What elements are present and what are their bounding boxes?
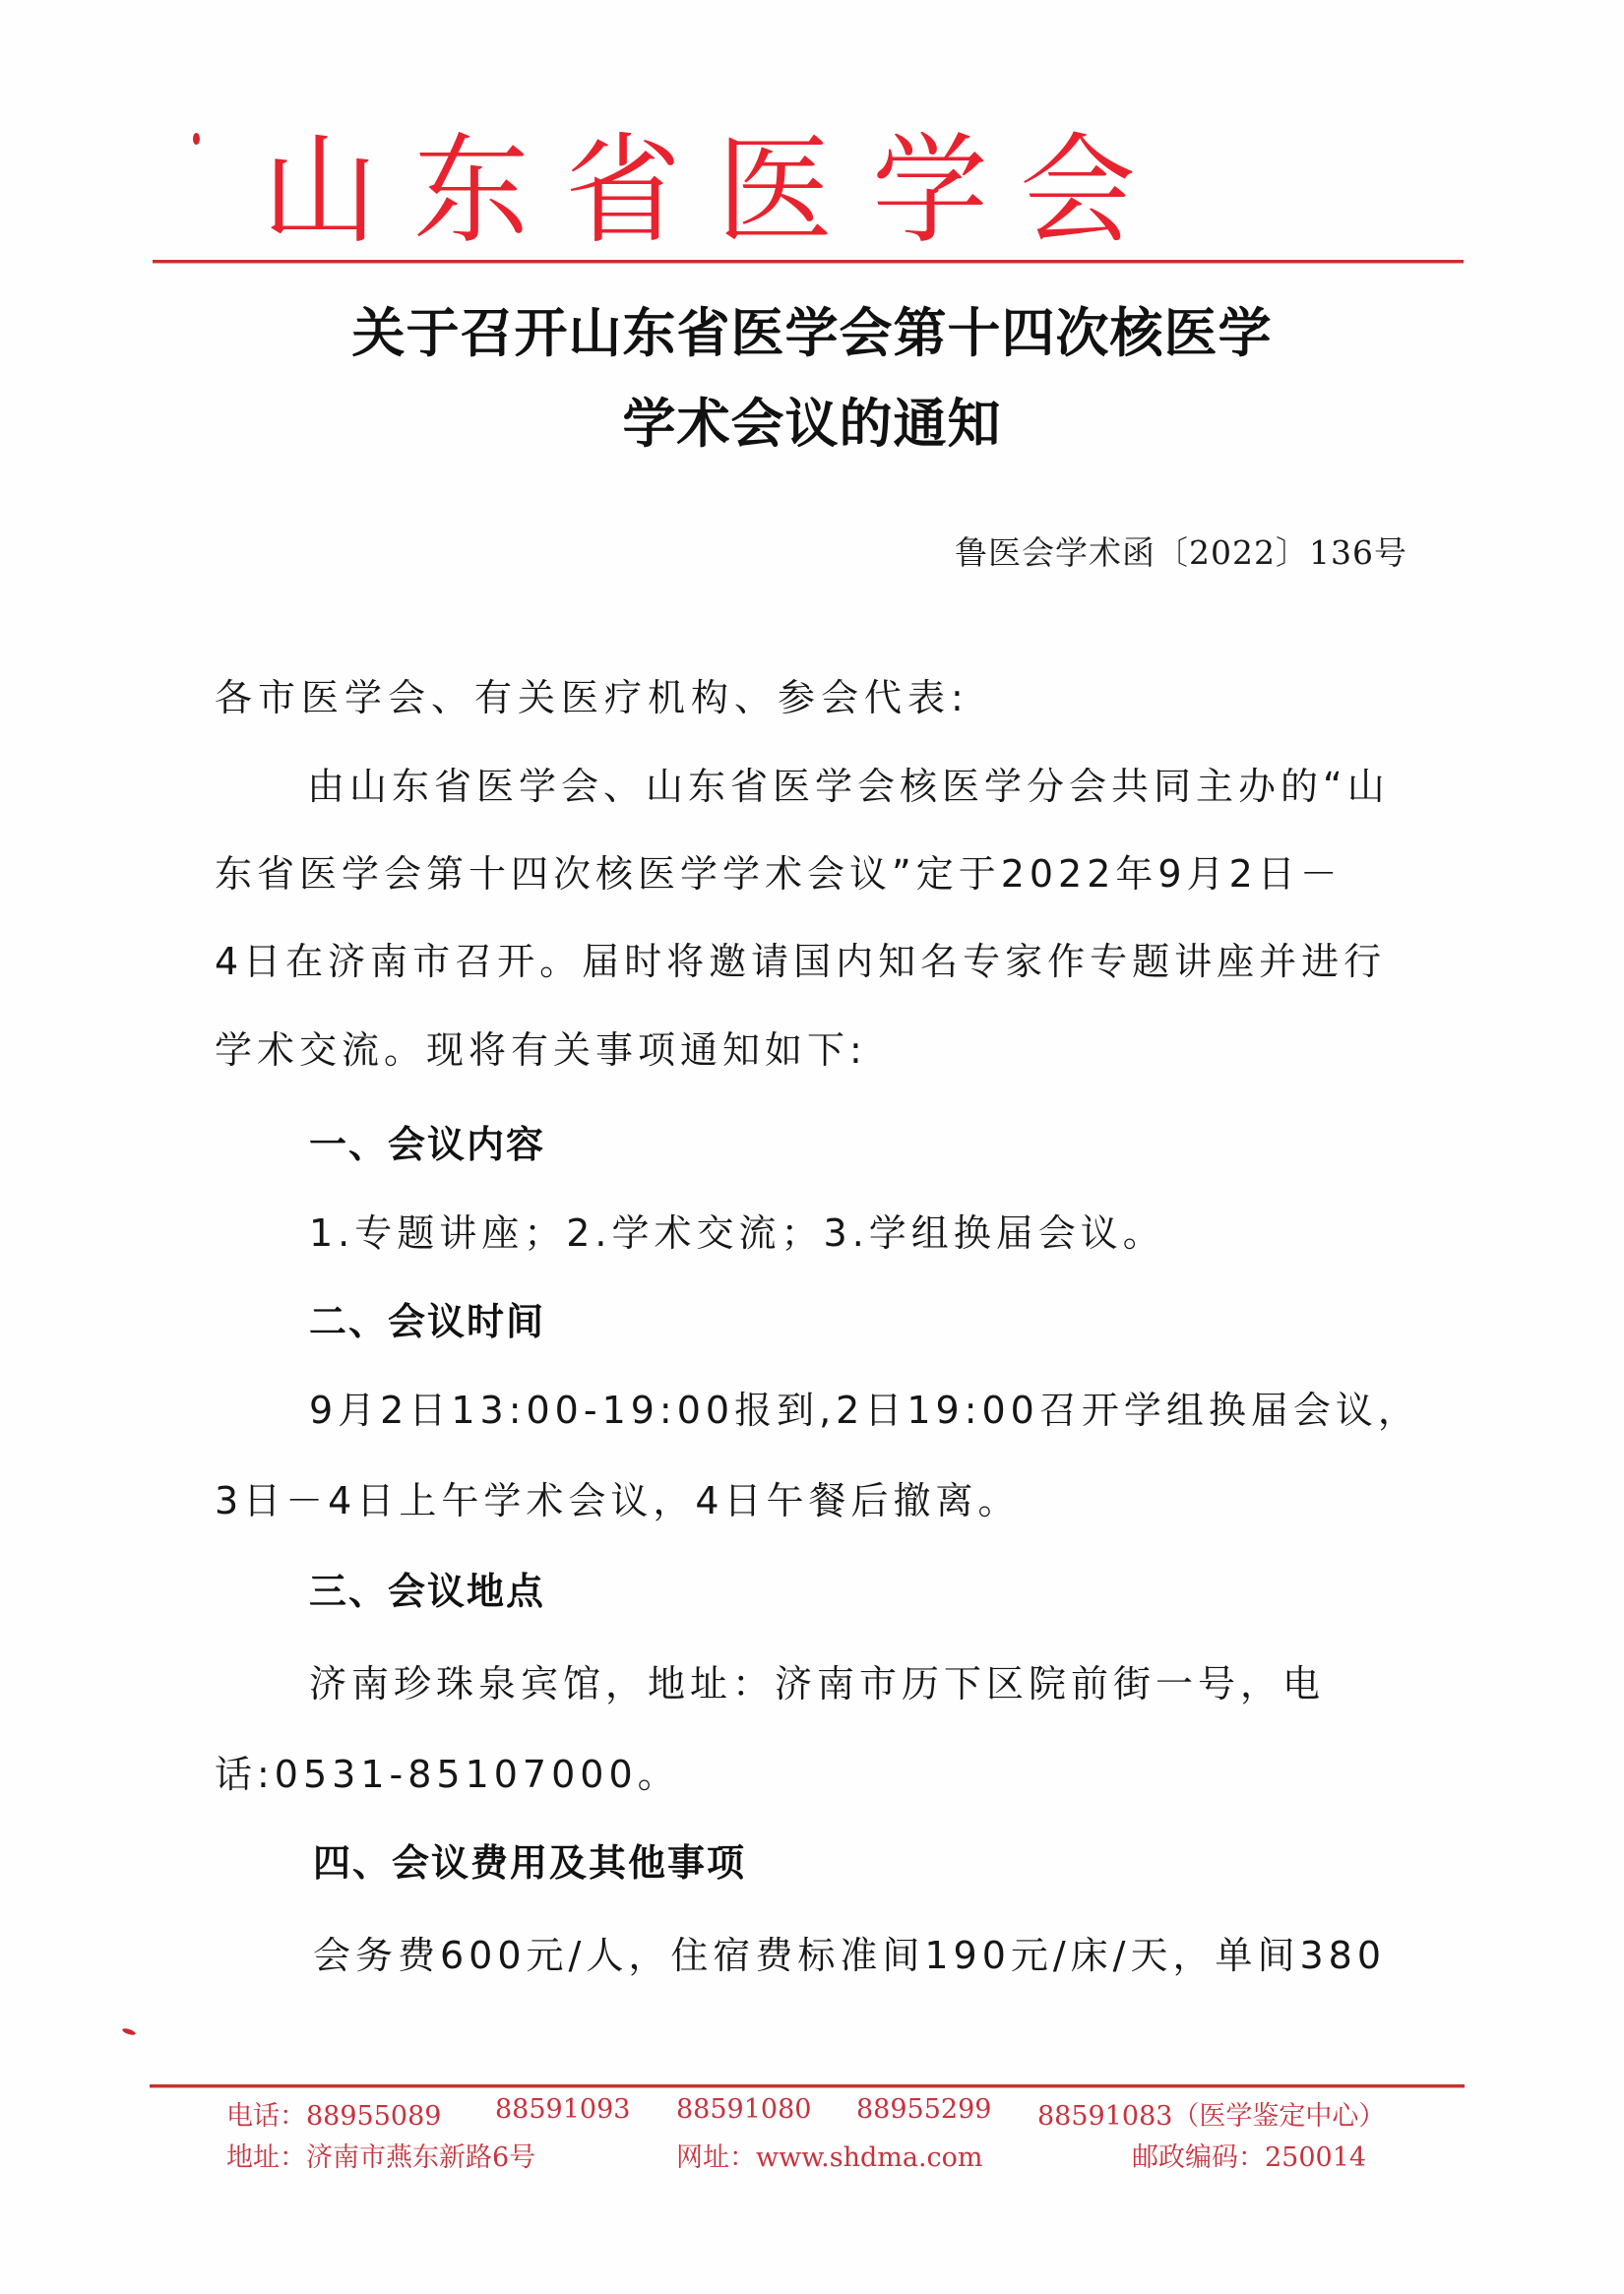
masthead-char: 山 [256,125,384,256]
footer-phone: 88591083（医学鉴定中心） [1037,2094,1385,2133]
footer-phone: 88955299 [856,2094,991,2125]
document-page: 山 东 省 医 学 会 关于召开山东省医学会第十四次核医学 学术会议的通知 鲁医… [0,0,1624,2294]
masthead-char: 医 [711,125,839,256]
footer-phone-label: 电话： [226,2101,306,2132]
footer-postcode-row: 邮政编码：250014 [1132,2136,1366,2174]
document-number: 鲁医会学术函〔2022〕136号 [955,527,1407,574]
footer-phone-row: 电话：88955089 [226,2094,441,2133]
footer-website-label: 网址： [676,2142,756,2173]
masthead-char: 东 [407,125,535,256]
footer-website-row: 网址：www.shdma.com [676,2136,983,2174]
intro-line: 东省医学会第十四次核医学学术会议”定于2022年9月2日－ [215,843,1343,898]
ink-speck [122,2027,137,2036]
footer-address: 济南市燕东新路6号 [306,2142,535,2173]
footer-website-link[interactable]: www.shdma.com [756,2142,983,2173]
footer-phone: 88591093 [495,2094,630,2125]
document-title-line-2: 学术会议的通知 [0,382,1624,458]
masthead-char: 会 [1014,125,1142,256]
section-line: 1.专题讲座；2.学术交流；3.学组换届会议。 [309,1203,1165,1257]
section-line: 3日－4日上午学术会议，4日午餐后撤离。 [215,1470,1021,1524]
section-heading-content: 一、会议内容 [309,1114,545,1168]
masthead-char: 省 [559,125,687,256]
document-title-line-1: 关于召开山东省医学会第十四次核医学 [0,291,1624,367]
masthead: 山 东 省 医 学 会 [0,126,1624,254]
footer-address-row: 地址：济南市燕东新路6号 [226,2136,535,2174]
footer-postcode-label: 邮政编码： [1132,2142,1265,2173]
footer-postcode: 250014 [1265,2142,1366,2173]
salutation: 各市医学会、有关医疗机构、参会代表: [215,667,969,721]
footer-phone: 88591080 [676,2094,811,2125]
intro-line: 4日在济南市召开。届时将邀请国内知名专家作专题讲座并进行 [215,931,1386,985]
header-divider [153,260,1464,263]
section-line: 9月2日13:00-19:00报到,2日19:00召开学组换届会议， [309,1380,1420,1434]
section-line: 济南珍珠泉宾馆，地址：济南市历下区院前街一号，电 [309,1653,1325,1707]
intro-line: 学术交流。现将有关事项通知如下: [215,1020,867,1074]
section-heading-fees: 四、会议费用及其他事项 [313,1832,746,1887]
footer-divider [150,2084,1465,2087]
section-line: 会务费600元/人，住宿费标准间190元/床/天，单间380 [313,1925,1386,1979]
section-heading-time: 二、会议时间 [309,1291,545,1345]
section-heading-venue: 三、会议地点 [309,1561,545,1615]
footer-phone: 88955089 [306,2101,441,2132]
footer-address-label: 地址： [226,2142,306,2173]
masthead-char: 学 [866,125,994,256]
intro-line: 由山东省医学会、山东省医学会核医学分会共同主办的“山 [307,756,1390,810]
section-line: 话:0531-85107000。 [215,1744,680,1798]
